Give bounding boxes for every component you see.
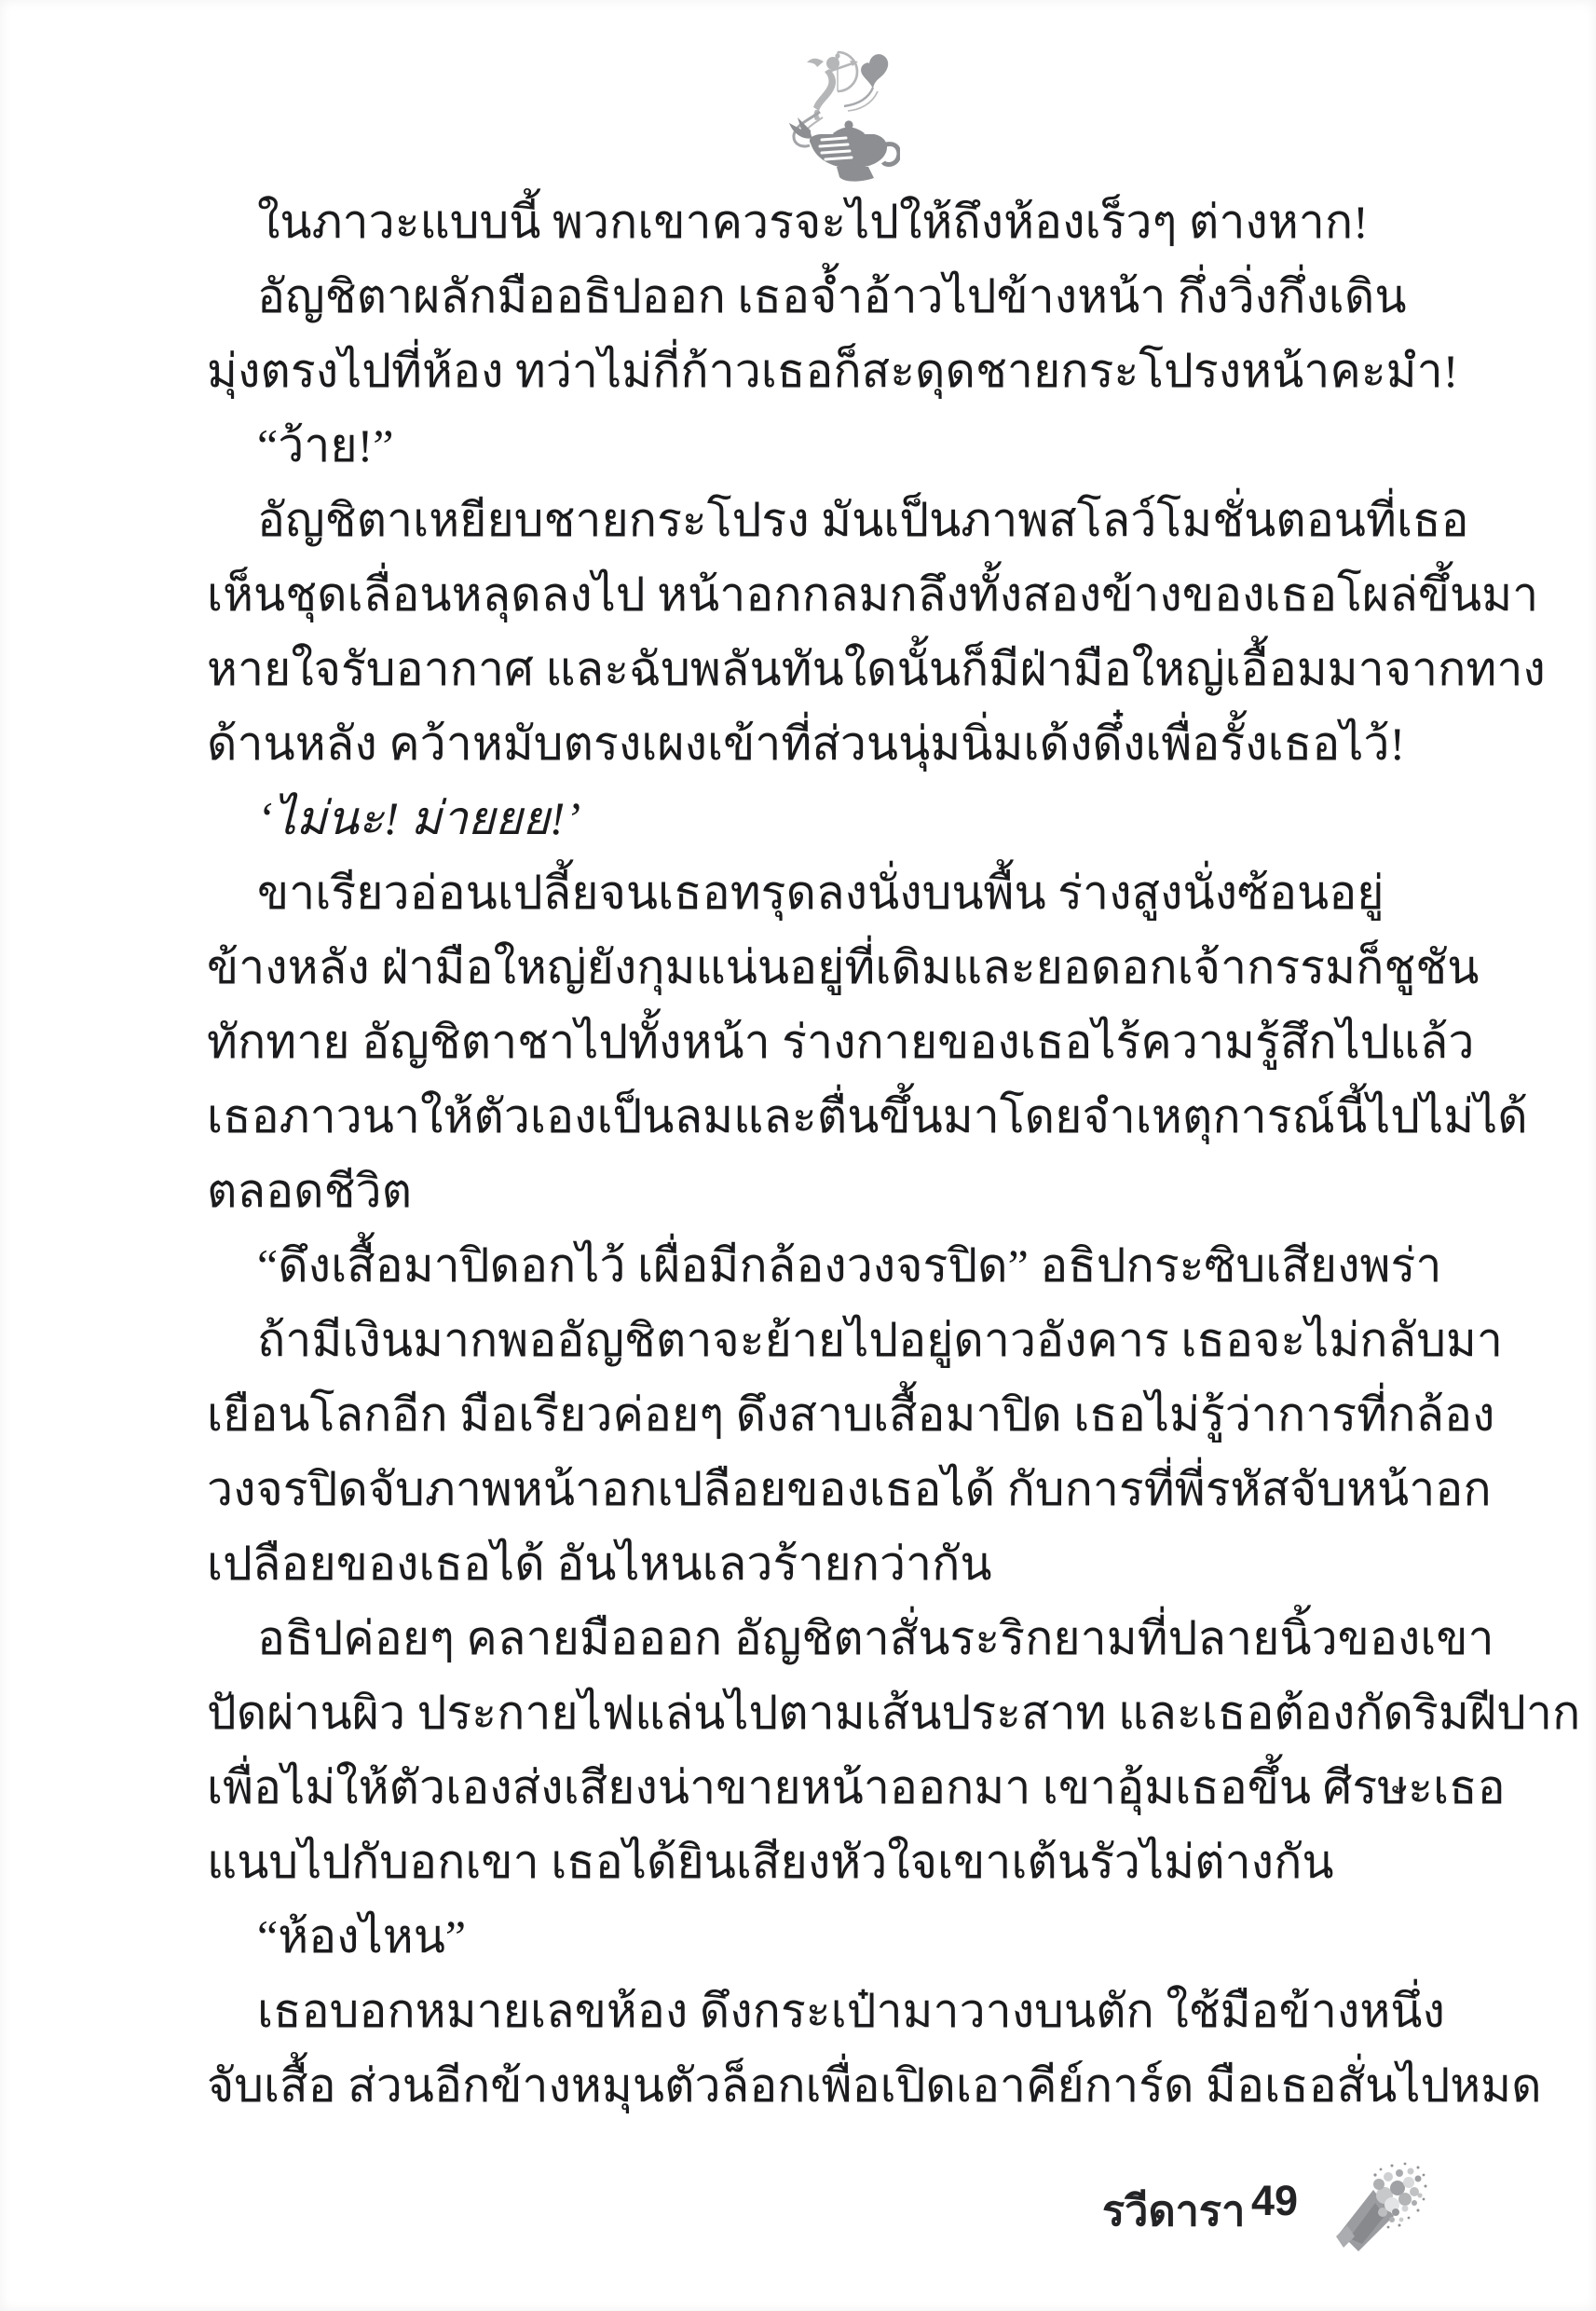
text-line: เธอภาวนาให้ตัวเองเป็นลมและตื่นขึ้นมาโดยจ… — [207, 1079, 1424, 1154]
book-page: ในภาวะแบบนี้ พวกเขาควรจะไปให้ถึงห้องเร็ว… — [0, 0, 1596, 2311]
text-line: “ดึงเสื้อมาปิดอกไว้ เผื่อมีกล้องวงจรปิด”… — [207, 1228, 1424, 1303]
text-line: ทักทาย อัญชิตาชาไปทั้งหน้า ร่างกายของเธอ… — [207, 1005, 1424, 1079]
paragraph: ในภาวะแบบนี้ พวกเขาควรจะไปให้ถึงห้องเร็ว… — [207, 185, 1424, 259]
paragraph-inner-thought: ‘ไม่นะ! ม่ายยย!’ — [207, 781, 1424, 855]
text-line: จับเสื้อ ส่วนอีกข้างหมุนตัวล็อกเพื่อเปิด… — [207, 2048, 1424, 2123]
paragraph: ถ้ามีเงินมากพออัญชิตาจะย้ายไปอยู่ดาวอังค… — [207, 1303, 1424, 1601]
paragraph: ขาเรียวอ่อนเปลี้ยจนเธอทรุดลงนั่งบนพื้น ร… — [207, 855, 1424, 1228]
text-line: “ห้องไหน” — [207, 1899, 1424, 1974]
text-line: วงจรปิดจับภาพหน้าอกเปลือยของเธอได้ กับกา… — [207, 1452, 1424, 1526]
text-line: ข้างหลัง ฝ่ามือใหญ่ยังกุมแน่นอยู่ที่เดิม… — [207, 930, 1424, 1005]
cupid-genie-lamp-icon — [779, 41, 900, 183]
text-line: “ว้าย!” — [207, 408, 1424, 483]
text-line: เธอบอกหมายเลขห้อง ดึงกระเป๋ามาวางบนตัก ใ… — [207, 1974, 1424, 2048]
text-line: แนบไปกับอกเขา เธอได้ยินเสียงหัวใจเขาเต้น… — [207, 1825, 1424, 1899]
text-line: เห็นชุดเลื่อนหลุดลงไป หน้าอกกลมกลึงทั้งส… — [207, 557, 1424, 632]
flower-bouquet-icon — [1327, 2158, 1431, 2263]
text-line: ในภาวะแบบนี้ พวกเขาควรจะไปให้ถึงห้องเร็ว… — [207, 185, 1424, 259]
text-line: ด้านหลัง คว้าหมับตรงเผงเข้าที่ส่วนนุ่มนิ… — [207, 706, 1424, 781]
book-title: รวีดารา — [1102, 2177, 1245, 2244]
paragraph: อัญชิตาเหยียบชายกระโปรง มันเป็นภาพสโลว์โ… — [207, 483, 1424, 781]
text-line: ปัดผ่านผิว ประกายไฟแล่นไปตามเส้นประสาท แ… — [207, 1675, 1424, 1750]
text-line: หายใจรับอากาศ และฉับพลันทันใดนั้นก็มีฝ่า… — [207, 632, 1424, 706]
text-line: อธิปค่อยๆ คลายมือออก อัญชิตาสั่นระริกยาม… — [207, 1601, 1424, 1675]
text-line: ตลอดชีวิต — [207, 1154, 1424, 1228]
text-line: ขาเรียวอ่อนเปลี้ยจนเธอทรุดลงนั่งบนพื้น ร… — [207, 855, 1424, 930]
text-line: ถ้ามีเงินมากพออัญชิตาจะย้ายไปอยู่ดาวอังค… — [207, 1303, 1424, 1377]
paragraph: อัญชิตาผลักมืออธิปออก เธอจ้ำอ้าวไปข้างหน… — [207, 259, 1424, 408]
text-line: เยือนโลกอีก มือเรียวค่อยๆ ดึงสาบเสื้อมาป… — [207, 1377, 1424, 1452]
text-line: เพื่อไม่ให้ตัวเองส่งเสียงน่าขายหน้าออกมา… — [207, 1750, 1424, 1825]
paragraph: เธอบอกหมายเลขห้อง ดึงกระเป๋ามาวางบนตัก ใ… — [207, 1974, 1424, 2123]
text-line: อัญชิตาผลักมืออธิปออก เธอจ้ำอ้าวไปข้างหน… — [207, 259, 1424, 334]
text-line: ‘ไม่นะ! ม่ายยย!’ — [207, 781, 1424, 855]
page-number: 49 — [1251, 2177, 1298, 2225]
paragraph: “ดึงเสื้อมาปิดอกไว้ เผื่อมีกล้องวงจรปิด”… — [207, 1228, 1424, 1303]
paragraph: “ว้าย!” — [207, 408, 1424, 483]
page-text: ในภาวะแบบนี้ พวกเขาควรจะไปให้ถึงห้องเร็ว… — [207, 185, 1424, 2123]
text-line: มุ่งตรงไปที่ห้อง ทว่าไม่กี่ก้าวเธอก็สะดุ… — [207, 334, 1424, 408]
paragraph: “ห้องไหน” — [207, 1899, 1424, 1974]
text-line: เปลือยของเธอได้ อันไหนเลวร้ายกว่ากัน — [207, 1526, 1424, 1601]
paragraph: อธิปค่อยๆ คลายมือออก อัญชิตาสั่นระริกยาม… — [207, 1601, 1424, 1899]
text-line: อัญชิตาเหยียบชายกระโปรง มันเป็นภาพสโลว์โ… — [207, 483, 1424, 557]
